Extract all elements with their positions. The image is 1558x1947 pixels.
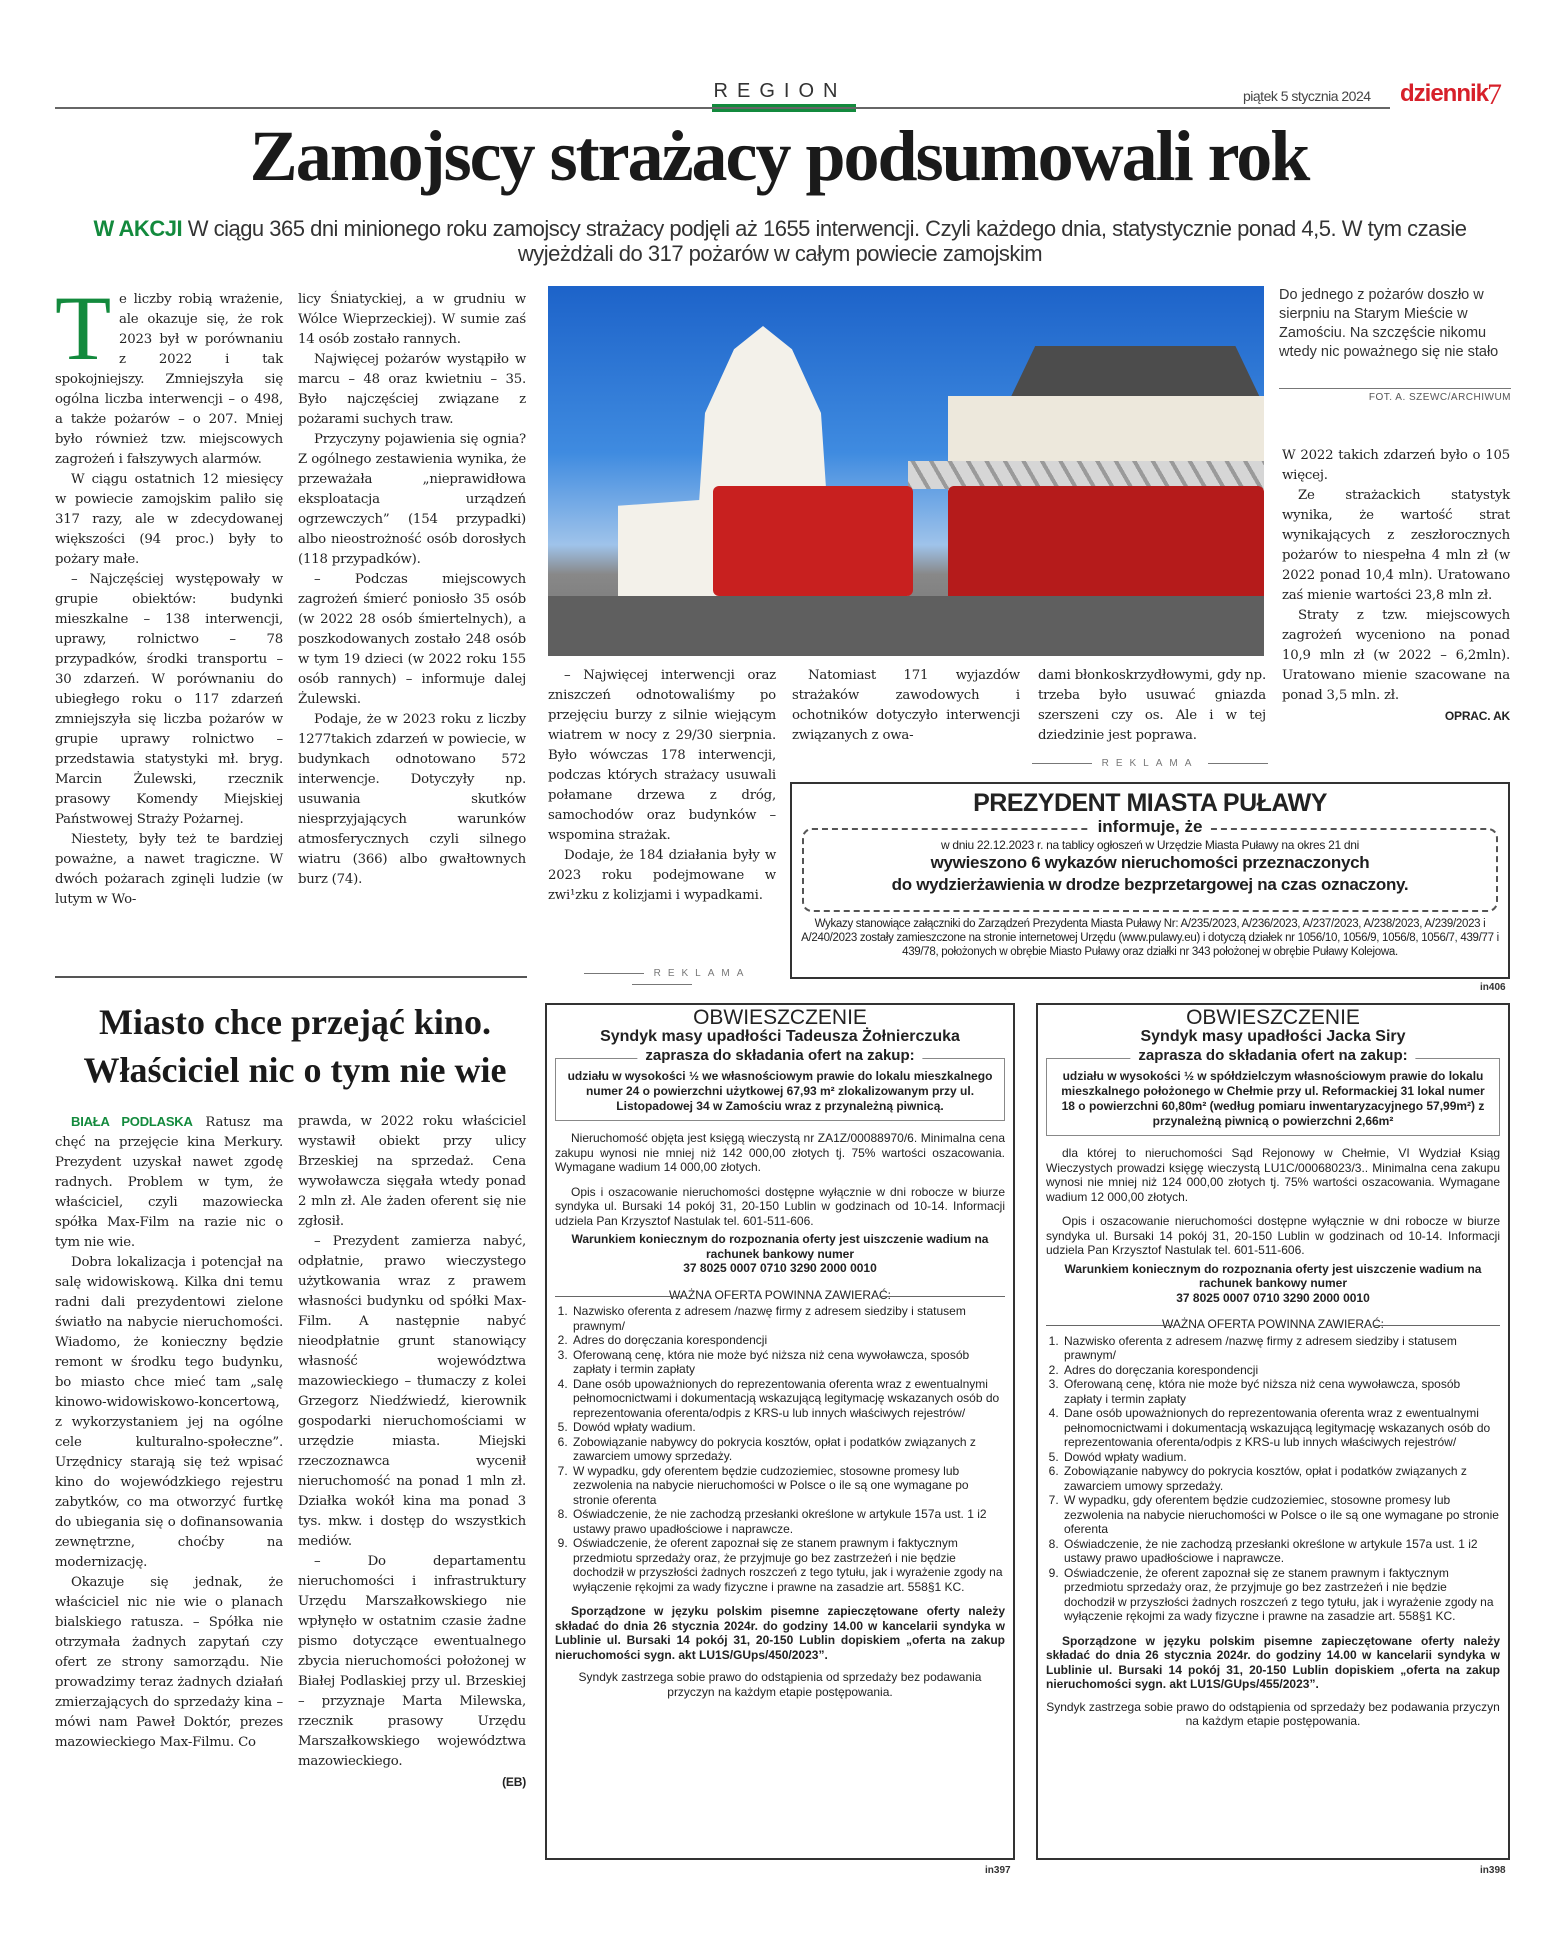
notice-invite: zaprasza do składania ofert na zakup: (637, 1048, 922, 1063)
header-rule (55, 107, 1390, 109)
paragraph: licy Śniatyckiej, a w grudniu w Wólce Wi… (298, 290, 526, 350)
notice-requirements-list: Nazwisko oferenta z adresem /nazwę firmy… (571, 1304, 1005, 1594)
notice-subtitle: Syndyk masy upadłości Jacka Siry (1046, 1030, 1500, 1045)
notice-ad-2: OBWIESZCZENIE Syndyk masy upadłości Jack… (1036, 1003, 1510, 1860)
notice-paragraph: Opis i oszacowanie nieruchomości dostępn… (555, 1185, 1005, 1229)
list-item: Zobowiązanie nabywcy do pokrycia kosztów… (571, 1435, 1005, 1464)
paragraph: – Prezydent zamierza nabyć, odpłatnie, p… (298, 1232, 526, 1552)
paragraph: Dodaje, że 184 działania były w 2023 rok… (548, 846, 776, 906)
byline: OPRAC. AK (1282, 706, 1510, 726)
notice-reserve: Syndyk zastrzega sobie prawo do odstąpie… (555, 1670, 1005, 1699)
notice-account: 37 8025 0007 0710 3290 2000 0010 (1046, 1291, 1500, 1306)
ad-code: in397 (985, 1865, 1011, 1876)
section-label: REGION (700, 80, 860, 103)
ad-pulawy: PREZYDENT MIASTA PUŁAWY informuje, że w … (790, 782, 1510, 979)
photo-caption: Do jednego z pożarów doszło w sierpniu n… (1279, 286, 1511, 362)
paragraph: W ciągu ostatnich 12 miesięcy w powiecie… (55, 470, 283, 570)
article-column-4: Natomiast 171 wyjazdów strażaków zawodow… (792, 666, 1020, 746)
paragraph: – Do departamentu nieruchomości i infras… (298, 1552, 526, 1772)
photo-credit: FOT. A. SZEWC/ARCHIWUM (1279, 392, 1511, 403)
list-item: Dane osób upoważnionych do reprezentowan… (571, 1377, 1005, 1421)
article-headline: Zamojscy strażacy podsumowali rok (0, 115, 1558, 198)
notice-condition: Warunkiem koniecznym do rozpoznania ofer… (1046, 1262, 1500, 1291)
list-item: W wypadku, gdy oferentem będzie cudzozie… (1062, 1493, 1500, 1537)
list-item: Adres do doręczania korespondencji (571, 1333, 1005, 1348)
notice-title: OBWIESZCZENIE (1046, 1011, 1500, 1026)
byline: (EB) (298, 1772, 526, 1792)
notice-account: 37 8025 0007 0710 3290 2000 0010 (555, 1261, 1005, 1276)
list-item: Dane osób upoważnionych do reprezentowan… (1062, 1406, 1500, 1450)
lead-kicker: W AKCJI (93, 216, 182, 241)
ad-title: PREZYDENT MIASTA PUŁAWY (792, 789, 1508, 818)
list-item: Nazwisko oferenta z adresem /nazwę firmy… (571, 1304, 1005, 1333)
section-divider (55, 976, 527, 978)
article-column-5: dami błonkoskrzydłowymi, gdy np. trzeba … (1038, 666, 1266, 746)
caption-rule (1279, 388, 1511, 389)
paragraph: Te liczby robią wrażenie, ale okazuje si… (55, 290, 283, 470)
page-number: 7 (1487, 78, 1502, 112)
notice-object-box: zaprasza do składania ofert na zakup: ud… (1046, 1058, 1500, 1136)
paragraph: – Najwięcej interwencji oraz zniszczeń o… (548, 666, 776, 846)
notice-paragraph: Nieruchomość objęta jest księgą wieczyst… (555, 1131, 1005, 1175)
article-lead: W AKCJI W ciągu 365 dni minionego roku z… (60, 216, 1500, 266)
ad-line: w dniu 22.12.2023 r. na tablicy ogłoszeń… (812, 838, 1488, 852)
paragraph: Podaje, że w 2023 roku z liczby 1277taki… (298, 710, 526, 890)
paragraph: – Podczas miejscowych zagrożeń śmierć po… (298, 570, 526, 710)
paragraph: prawda, w 2022 roku właściciel wystawił … (298, 1112, 526, 1232)
notice-invite: zaprasza do składania ofert na zakup: (1130, 1048, 1415, 1063)
ad-footer: Wykazy stanowiące załączniki do Zarządze… (792, 917, 1508, 959)
list-item: Oferowaną cenę, która nie może być niższ… (1062, 1377, 1500, 1406)
list-item: W wypadku, gdy oferentem będzie cudzozie… (571, 1464, 1005, 1508)
list-item: Oferowaną cenę, która nie może być niższ… (571, 1348, 1005, 1377)
paragraph: Dobra lokalizacja i potencjał na salę wi… (55, 1253, 283, 1573)
list-item: Oświadczenie, że oferent zapoznał się ze… (1062, 1566, 1500, 1624)
notice-title: OBWIESZCZENIE (555, 1011, 1005, 1026)
article2-column-2: prawda, w 2022 roku właściciel wystawił … (298, 1112, 526, 1792)
list-item: Oświadczenie, że oferent zapoznał się ze… (571, 1536, 1005, 1594)
article-column-6: W 2022 takich zdarzeń było o 105 więcej.… (1282, 446, 1510, 726)
notice-paragraph: dla której to nieruchomości Sąd Rejonowy… (1046, 1146, 1500, 1204)
list-item: Adres do doręczania korespondencji (1062, 1363, 1500, 1378)
brand-logo: dziennik (1400, 80, 1488, 108)
list-item: Oświadczenie, że nie zachodzą przesłanki… (571, 1507, 1005, 1536)
ad-bold-line: do wydzierżawienia w drodze bezprzetargo… (812, 874, 1488, 896)
article2-column-1: BIAŁA PODLASKA Ratusz ma chęć na przejęc… (55, 1112, 283, 1753)
article-column-1: Te liczby robią wrażenie, ale okazuje si… (55, 290, 283, 910)
photo-road (548, 596, 1264, 656)
paragraph: BIAŁA PODLASKA Ratusz ma chęć na przejęc… (55, 1112, 283, 1253)
ad-code: in398 (1480, 1865, 1506, 1876)
photo-fire-truck (713, 486, 913, 596)
notice-requirements-list: Nazwisko oferenta z adresem /nazwę firmy… (1062, 1334, 1500, 1624)
notice-ad-1: OBWIESZCZENIE Syndyk masy upadłości Tade… (545, 1003, 1015, 1860)
notice-subtitle: Syndyk masy upadłości Tadeusza Żołniercz… (555, 1030, 1005, 1045)
reklama-label: REKLAMA (790, 758, 1510, 769)
paragraph: Niestety, były też te bardziej poważne, … (55, 830, 283, 910)
drop-cap: T (55, 292, 111, 364)
article-column-3: – Najwięcej interwencji oraz zniszczeń o… (548, 666, 776, 906)
list-item: Nazwisko oferenta z adresem /nazwę firmy… (1062, 1334, 1500, 1363)
paragraph: W 2022 takich zdarzeń było o 105 więcej. (1282, 446, 1510, 486)
notice-object-box: zaprasza do składania ofert na zakup: ud… (555, 1058, 1005, 1121)
ad-informs: informuje, że (1090, 817, 1211, 837)
paragraph: dami błonkoskrzydłowymi, gdy np. trzeba … (1038, 666, 1266, 746)
article2-kicker: BIAŁA PODLASKA (71, 1114, 193, 1129)
list-item: Oświadczenie, że nie zachodzą przesłanki… (1062, 1537, 1500, 1566)
paragraph: Okazuje się jednak, że właściciel nic ni… (55, 1573, 283, 1753)
article-column-2: licy Śniatyckiej, a w grudniu w Wólce Wi… (298, 290, 526, 890)
notice-condition: Warunkiem koniecznym do rozpoznania ofer… (555, 1232, 1005, 1261)
ad-code: in406 (1480, 982, 1506, 993)
lead-text: W ciągu 365 dni minionego roku zamojscy … (188, 216, 1467, 266)
notice-deadline: Sporządzone w języku polskim pisemne zap… (555, 1604, 1005, 1662)
reklama-label: REKLAMA (548, 968, 776, 990)
photo-ladder (908, 461, 1264, 489)
notice-reserve: Syndyk zastrzega sobie prawo do odstąpie… (1046, 1700, 1500, 1729)
list-item: Zobowiązanie nabywcy do pokrycia kosztów… (1062, 1464, 1500, 1493)
paragraph: Straty z tzw. miejscowych zagrożeń wycen… (1282, 606, 1510, 706)
paragraph: – Najczęściej występowały w grupie obiek… (55, 570, 283, 830)
list-item: Dowód wpłaty wadium. (1062, 1450, 1500, 1465)
notice-deadline: Sporządzone w języku polskim pisemne zap… (1046, 1634, 1500, 1692)
list-item: Dowód wpłaty wadium. (571, 1420, 1005, 1435)
notice-list-title: WAŻNA OFERTA POWINNA ZAWIERAĆ: (1046, 1317, 1500, 1332)
issue-date: piątek 5 stycznia 2024 (1243, 88, 1371, 104)
ad-bold-line: wywieszono 6 wykazów nieruchomości przez… (812, 852, 1488, 874)
ad-dashed-box: informuje, że w dniu 22.12.2023 r. na ta… (802, 828, 1498, 912)
paragraph: Najwięcej pożarów wystąpiło w marcu – 48… (298, 350, 526, 430)
article-photo-fire-trucks (548, 286, 1264, 656)
article2-headline: Miasto chce przejąć kino. Właściciel nic… (55, 998, 535, 1094)
paragraph: Natomiast 171 wyjazdów strażaków zawodow… (792, 666, 1020, 746)
paragraph: Przyczyny pojawienia się ognia? Z ogólne… (298, 430, 526, 570)
paragraph: Ze strażackich statystyk wynika, że wart… (1282, 486, 1510, 606)
notice-list-title: WAŻNA OFERTA POWINNA ZAWIERAĆ: (555, 1288, 1005, 1303)
notice-paragraph: Opis i oszacowanie nieruchomości dostępn… (1046, 1214, 1500, 1258)
